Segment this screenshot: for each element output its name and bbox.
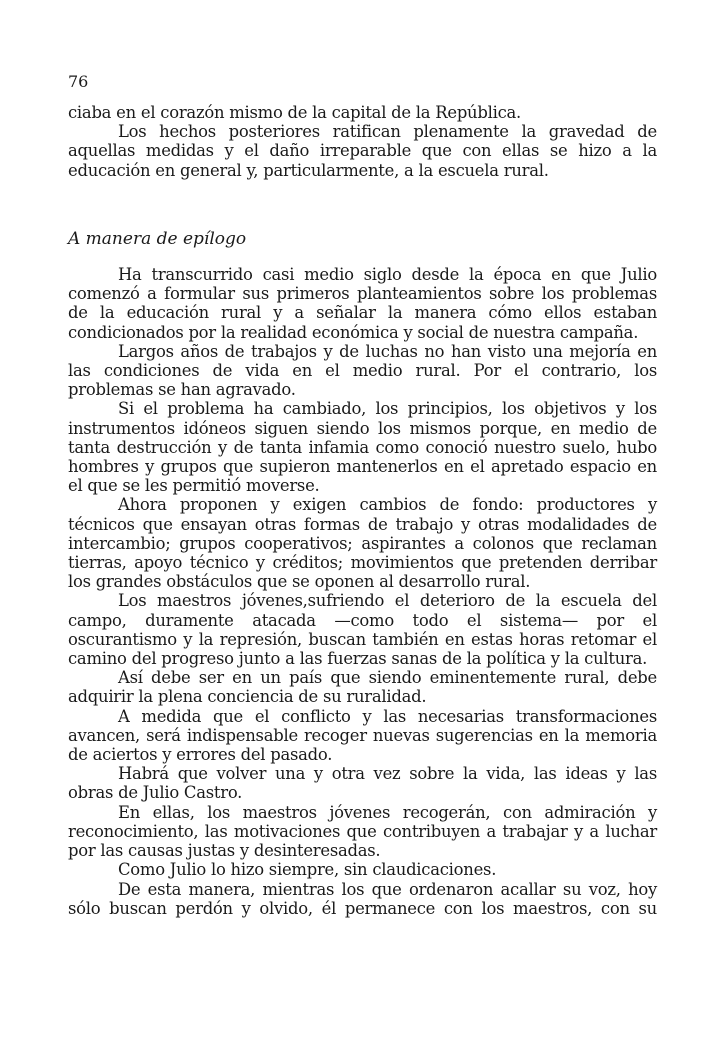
paragraph: Habrá que volver una y otra vez sobre la… [68,764,657,802]
section-body: Ha transcurrido casi medio siglo desde l… [68,265,657,918]
paragraph: Los maestros jóvenes,sufriendo el deteri… [68,591,657,668]
page-number: 76 [68,72,88,91]
paragraph: Como Julio lo hizo siempre, sin claudica… [68,860,657,879]
paragraph: Largos años de trabajos y de luchas no h… [68,342,657,400]
paragraph: Ahora proponen y exigen cambios de fondo… [68,495,657,591]
paragraph: De esta manera, mientras los que ordenar… [68,880,657,918]
top-text-block: ciaba en el corazón mismo de la capital … [68,103,657,180]
paragraph: ciaba en el corazón mismo de la capital … [68,103,657,122]
paragraph: Así debe ser en un país que siendo emine… [68,668,657,706]
section-heading: A manera de epílogo [68,229,246,249]
paragraph: Si el problema ha cambiado, los principi… [68,399,657,495]
paragraph: En ellas, los maestros jóvenes recogerán… [68,803,657,861]
paragraph: A medida que el conflicto y las necesari… [68,707,657,765]
paragraph: Los hechos posteriores ratifican plename… [68,122,657,180]
paragraph: Ha transcurrido casi medio siglo desde l… [68,265,657,342]
